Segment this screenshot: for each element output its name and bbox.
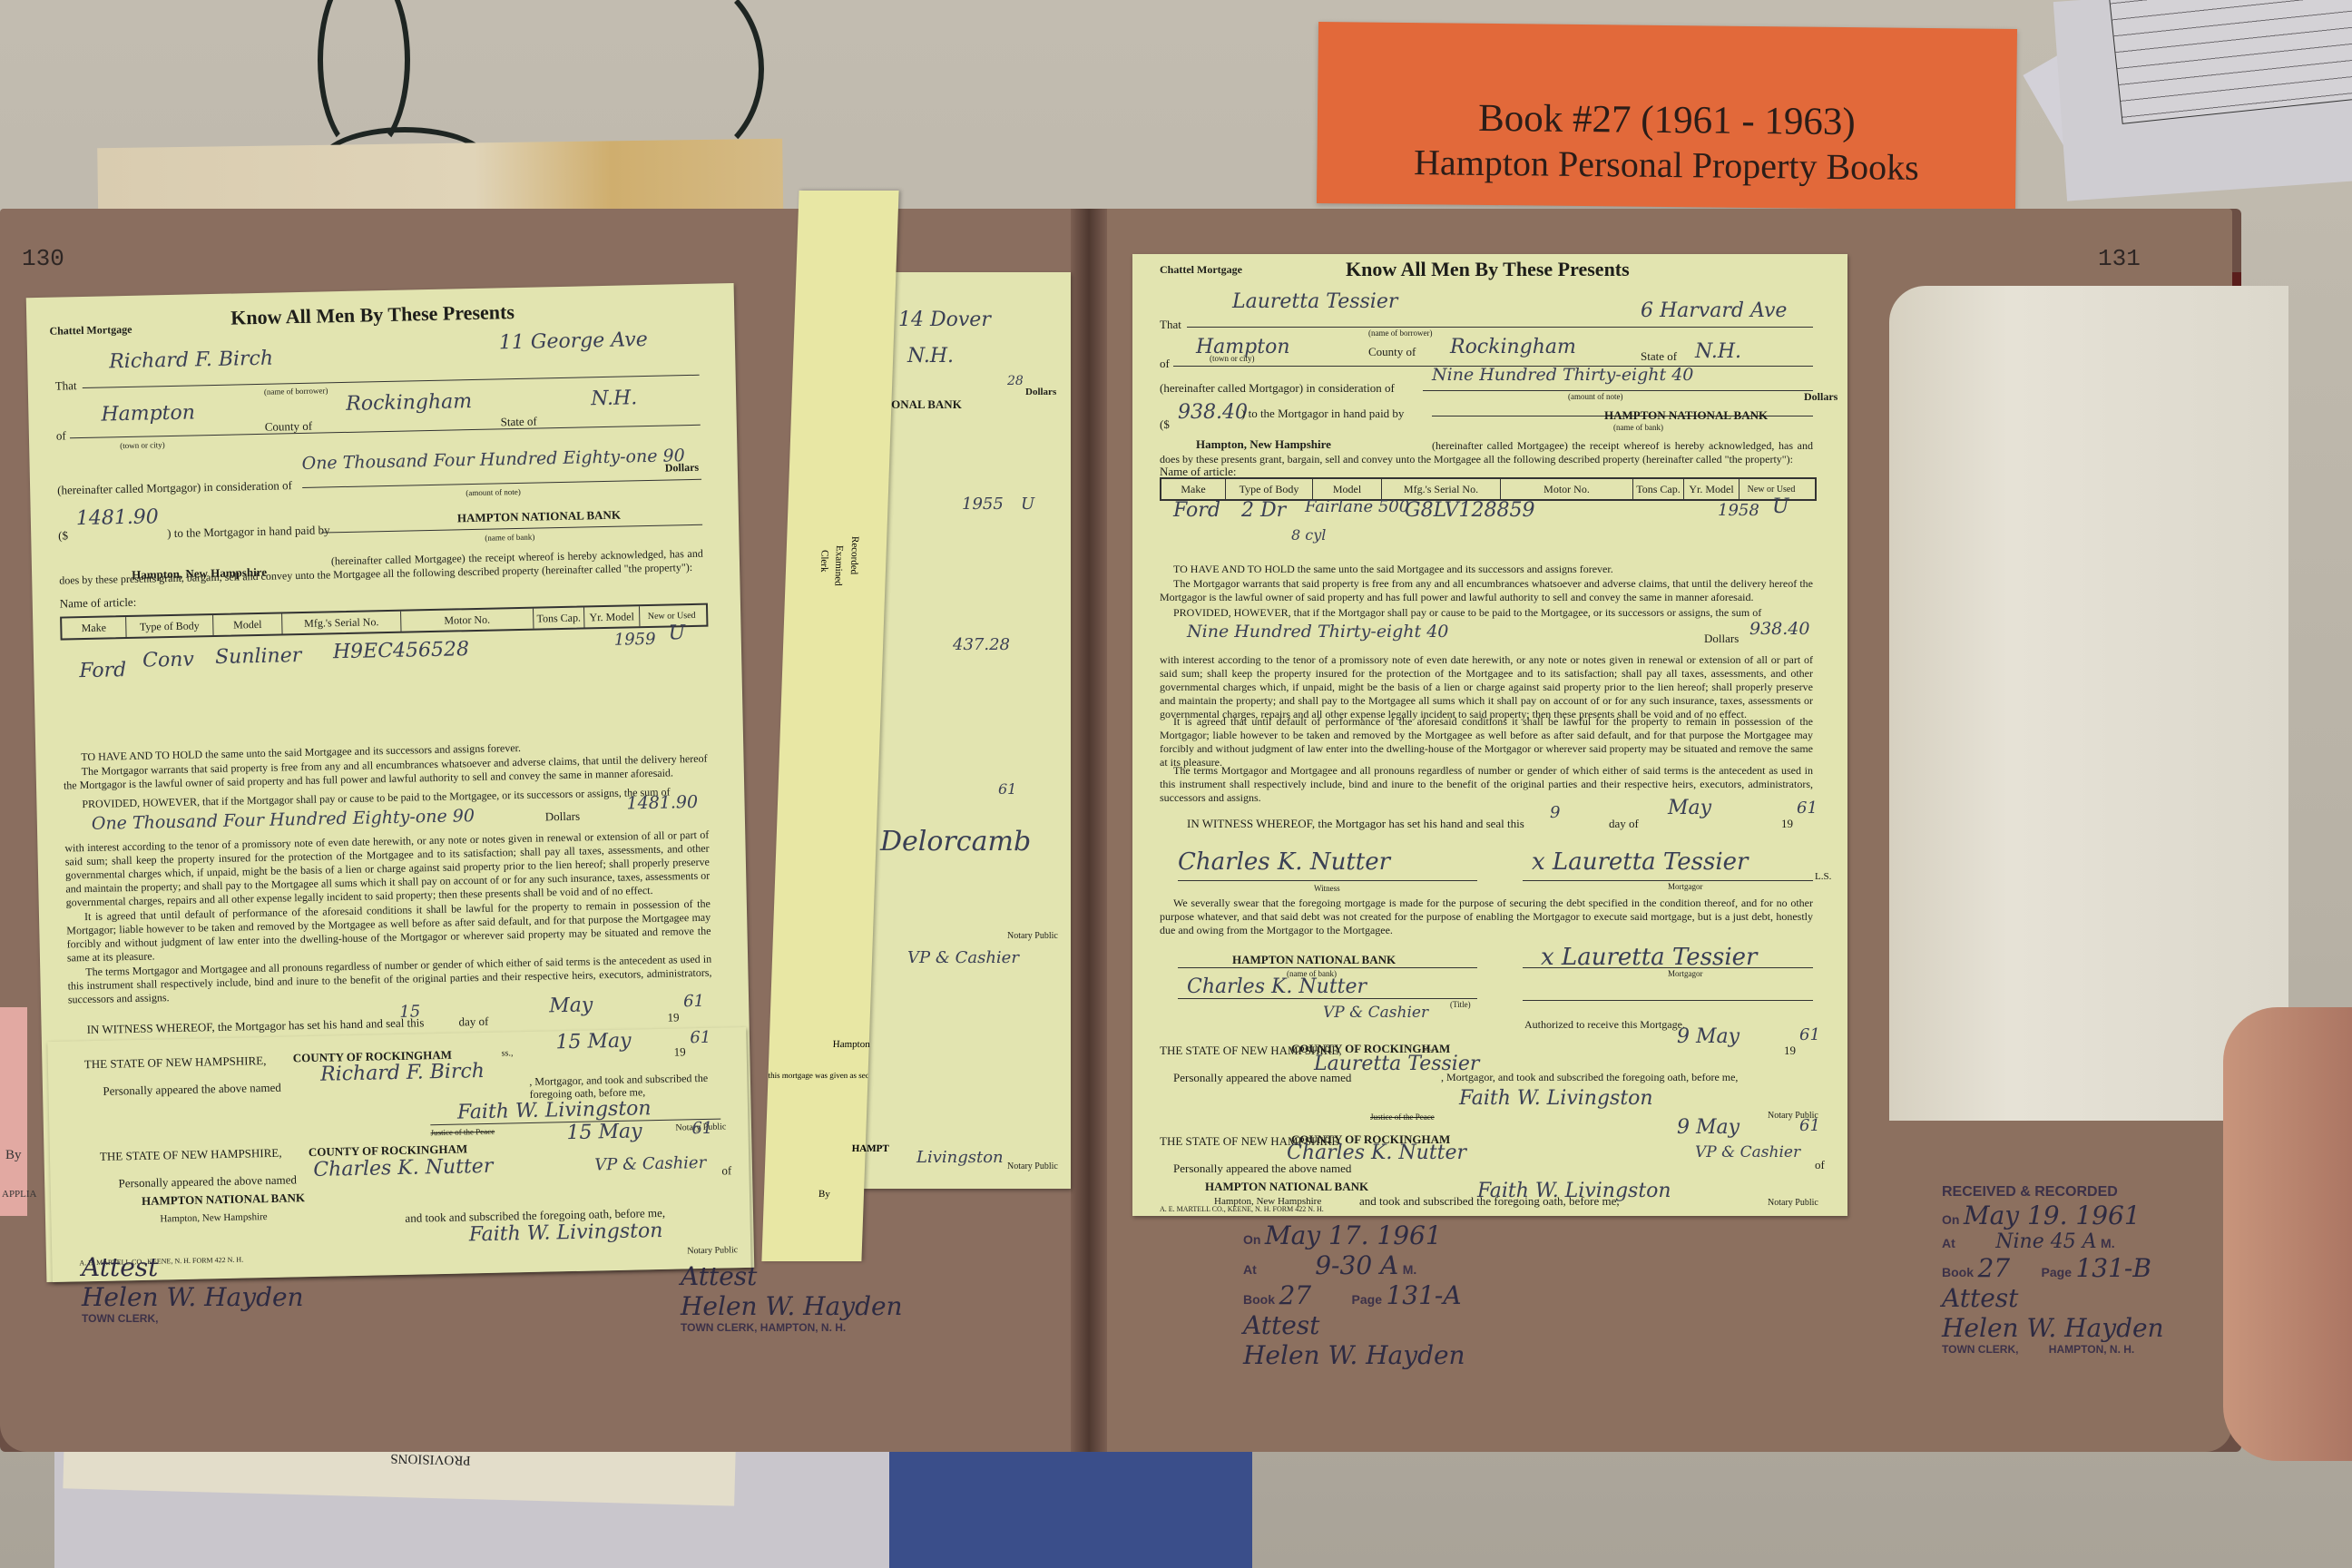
article-table-header: Make Type of Body Model Mfg.'s Serial No… xyxy=(1160,477,1817,501)
article-table-header: Make Type of Body Model Mfg.'s Serial No… xyxy=(60,603,708,641)
book-label: Book #27 (1961 - 1963) Hampton Personal … xyxy=(1317,22,2017,211)
curled-blank-page[interactable] xyxy=(1889,286,2288,1121)
mortgage-form-left-notary: THE STATE OF NEW HAMPSHIRE, COUNTY OF RO… xyxy=(47,1027,750,1282)
book-label-title: Book #27 (1961 - 1963) xyxy=(1318,94,2016,146)
form-title: Know All Men By These Presents xyxy=(1346,258,1630,281)
blue-folder xyxy=(889,1452,1252,1568)
mortgage-form-right: Chattel Mortgage Know All Men By These P… xyxy=(1132,254,1847,1216)
page-number-left: 130 xyxy=(22,245,64,272)
recording-stamp-right: RECEIVED & RECORDED On May 19. 1961 At N… xyxy=(1942,1184,2164,1356)
book-gutter xyxy=(1071,209,1107,1452)
hand-holding-page xyxy=(2223,1007,2352,1461)
recording-stamp-left: Attest Helen W. Hayden TOWN CLERK, xyxy=(82,1252,304,1325)
page-number-right: 131 xyxy=(2098,245,2141,272)
recording-stamp-middle: On May 17. 1961 At 9-30 A M. Book 27 Pag… xyxy=(1243,1220,1465,1370)
pink-slip: By APPLIA xyxy=(0,1007,27,1216)
notary-signature: Faith W. Livingston xyxy=(1459,1087,1653,1110)
book-label-subtitle: Hampton Personal Property Books xyxy=(1317,140,2015,190)
mortgage-form-middle: 14 Dover N.H. 28 Dollars ATIONAL BANK 19… xyxy=(862,272,1071,1189)
recording-stamp-left-2: Attest Helen W. Hayden TOWN CLERK, HAMPT… xyxy=(681,1261,903,1334)
mortgagor-signature: x Lauretta Tessier xyxy=(1532,848,1748,876)
borrower-name: Lauretta Tessier xyxy=(1232,290,1397,313)
borrower-name: Richard F. Birch xyxy=(109,348,273,374)
form-title: Know All Men By These Presents xyxy=(230,300,514,330)
witness-signature: Charles K. Nutter xyxy=(1178,848,1390,876)
